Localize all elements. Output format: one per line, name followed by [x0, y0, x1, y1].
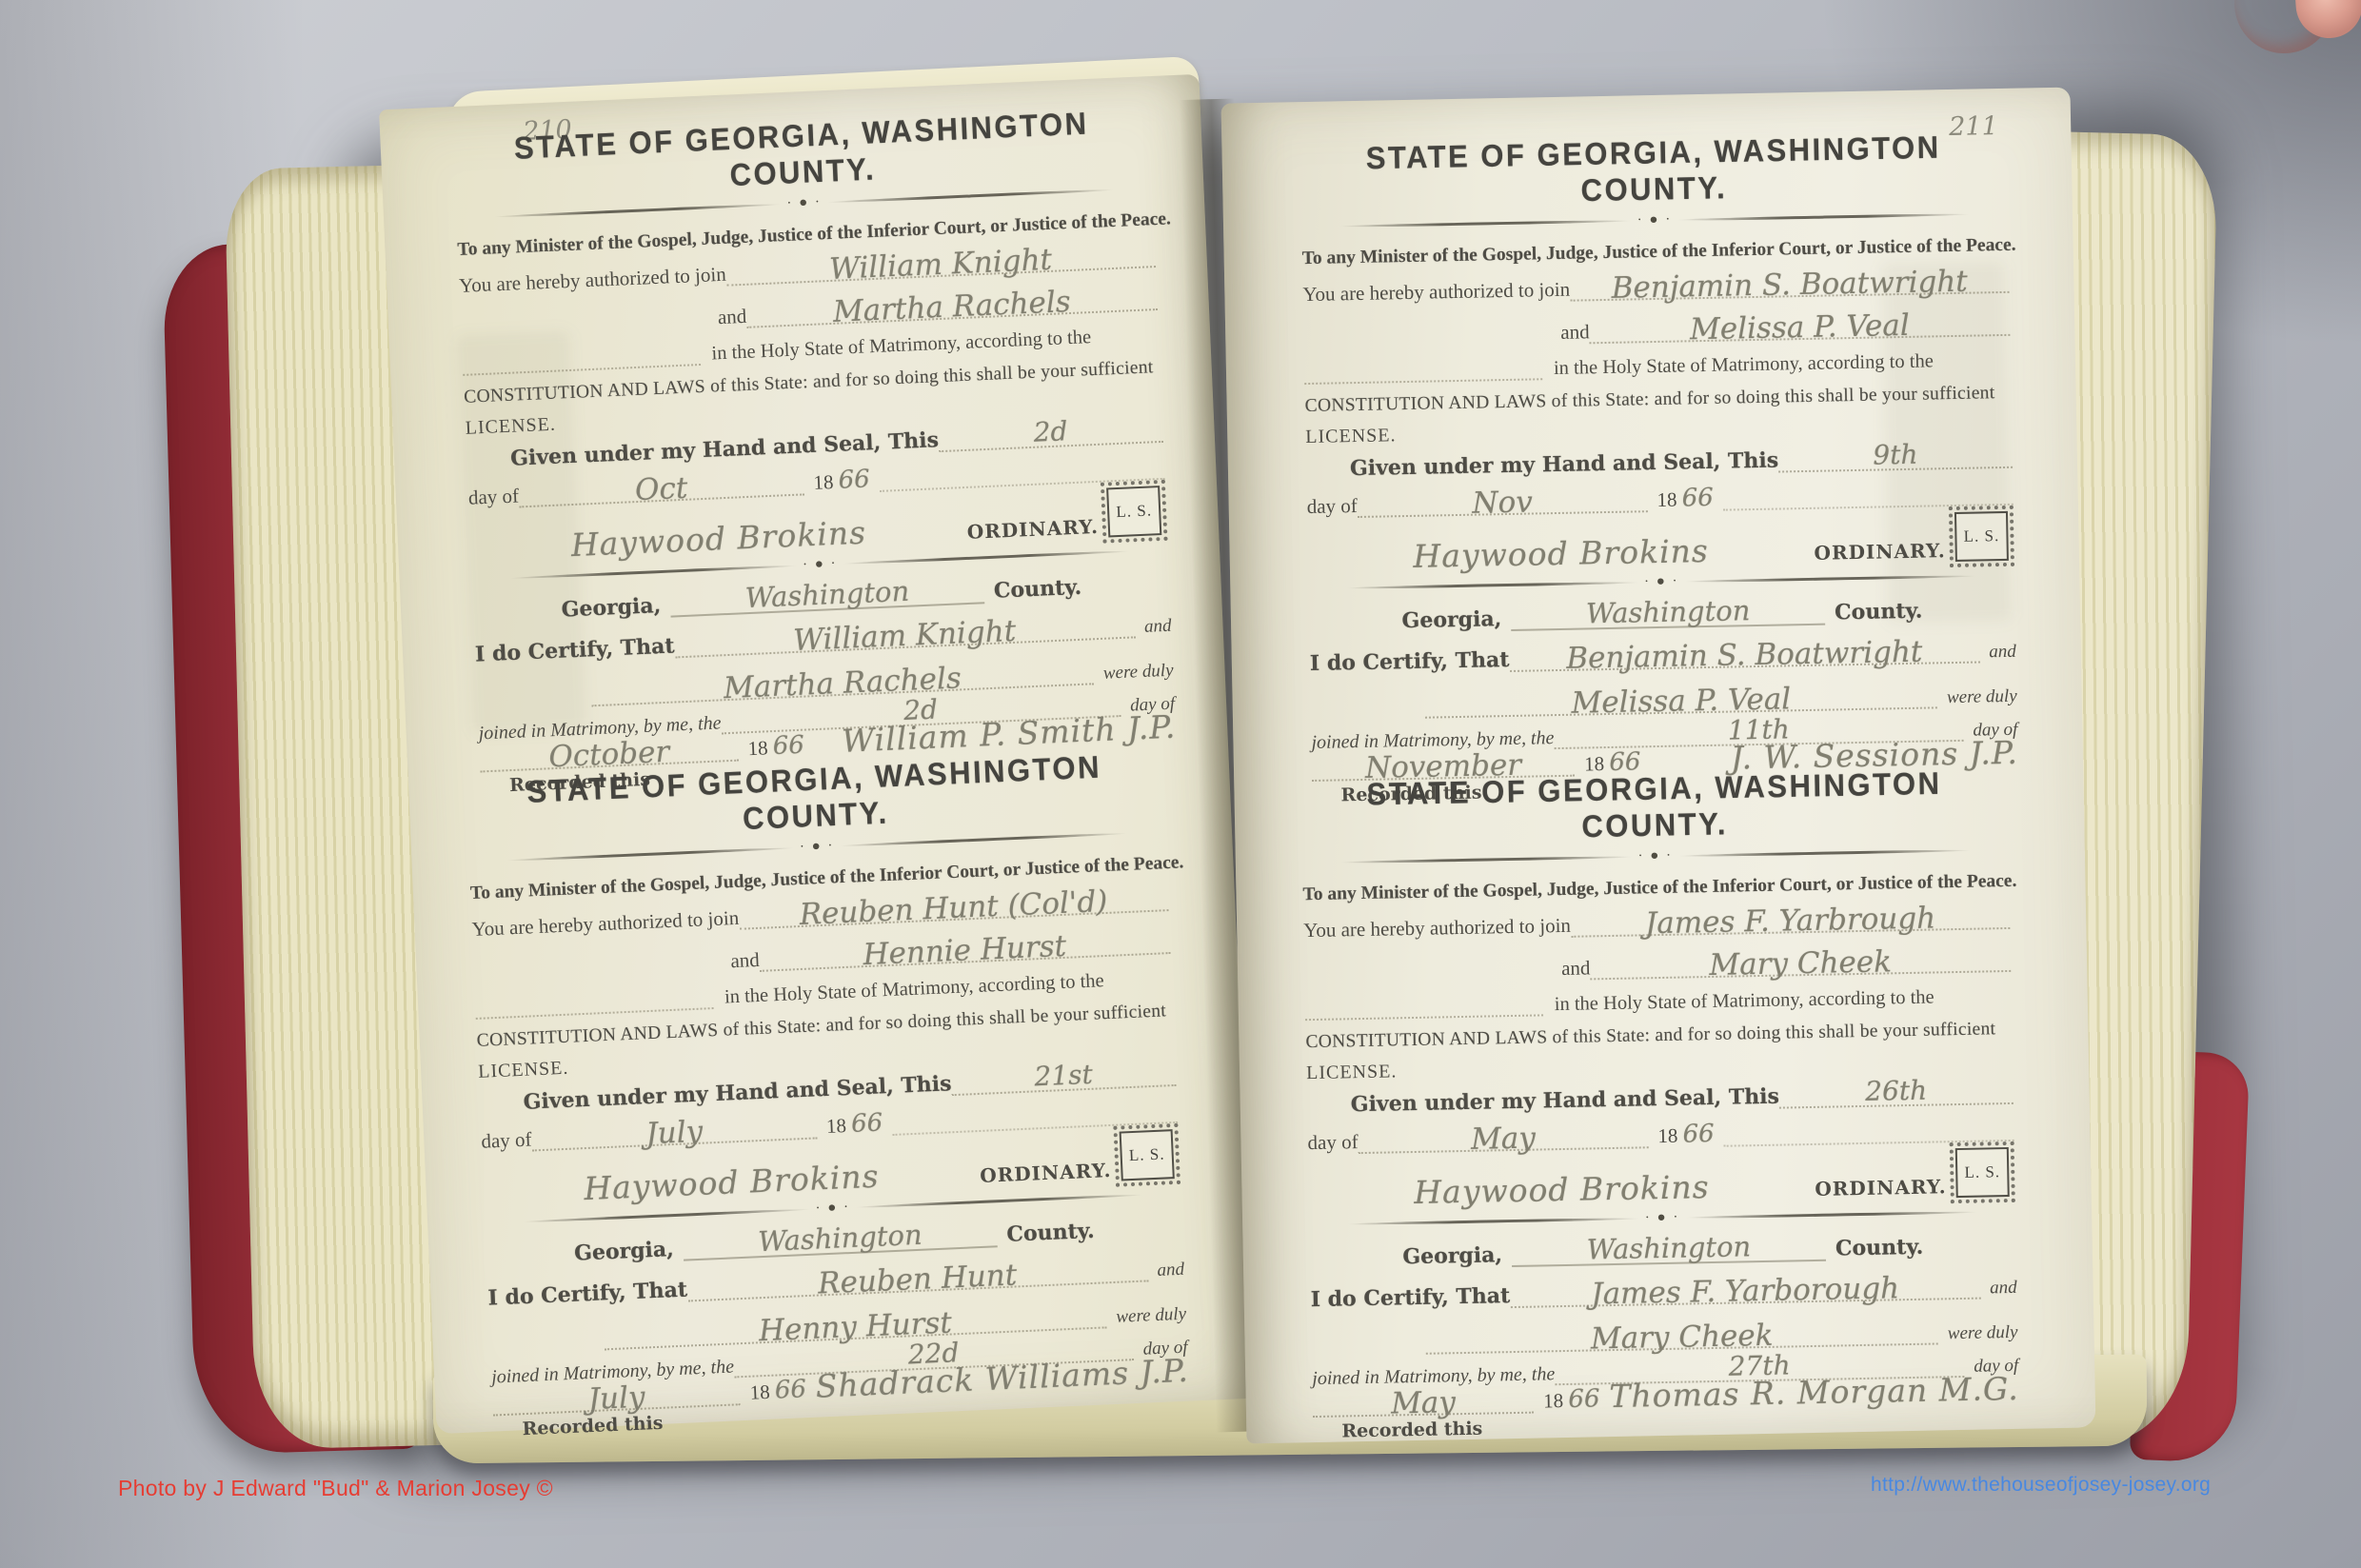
photo-credit-watermark: Photo by J Edward "Bud" & Marion Josey © [118, 1476, 553, 1501]
photo-of-marriage-record-book: 210 STATE OF GEORGIA, WASHINGTON COUNTY.… [0, 0, 2361, 1568]
url-watermark: http://www.thehouseofjosey-josey.org [1871, 1474, 2211, 1497]
photo-vignette [0, 0, 2361, 1568]
